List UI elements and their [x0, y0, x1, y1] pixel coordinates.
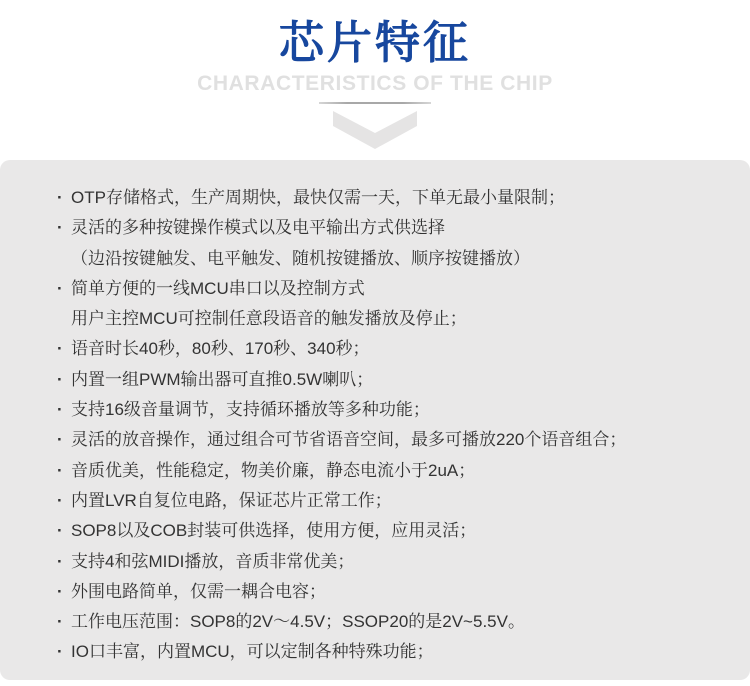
feature-list-item: 用户主控MCU可控制任意段语音的触发播放及停止； — [57, 310, 710, 328]
feature-list-item: · 语音时长40秒，80秒、170秒、340秒； — [57, 340, 710, 358]
bullet-icon: · — [57, 643, 71, 661]
feature-text: 灵活的放音操作，通过组合可节省语音空间，最多可播放220个语音组合； — [71, 431, 626, 449]
feature-text: SOP8以及COB封装可供选择，使用方便，应用灵活； — [71, 522, 476, 540]
feature-text: 内置一组PWM输出器可直推0.5W喇叭； — [71, 371, 373, 389]
bullet-icon: · — [57, 280, 71, 298]
bullet-icon: · — [57, 522, 71, 540]
feature-list-item: · 内置LVR自复位电路，保证芯片正常工作； — [57, 492, 710, 510]
feature-text: 外围电路简单，仅需一耦合电容； — [71, 583, 326, 601]
page-title: 芯片特征 — [0, 18, 750, 68]
feature-text: 支持4和弦MIDI播放，音质非常优美； — [71, 553, 354, 571]
bullet-icon: · — [57, 340, 71, 358]
bullet-icon: · — [57, 371, 71, 389]
feature-text: 内置LVR自复位电路，保证芯片正常工作； — [71, 492, 392, 510]
feature-text: 灵活的多种按键操作模式以及电平输出方式供选择 — [71, 219, 445, 237]
feature-text: 简单方便的一线MCU串口以及控制方式 — [71, 280, 365, 298]
feature-list-item: · 灵活的多种按键操作模式以及电平输出方式供选择 — [57, 219, 710, 237]
bullet-icon: · — [57, 401, 71, 419]
features-panel: · OTP存储格式，生产周期快，最快仅需一天，下单无最小量限制； · 灵活的多种… — [0, 160, 750, 680]
divider — [319, 102, 431, 104]
feature-list-item: · 支持4和弦MIDI播放，音质非常优美； — [57, 553, 710, 571]
header: 芯片特征 CHARACTERISTICS OF THE CHIP — [0, 0, 750, 149]
feature-list-item: · 音质优美，性能稳定，物美价廉，静态电流小于2uA； — [57, 462, 710, 480]
feature-list-item: · 内置一组PWM输出器可直推0.5W喇叭； — [57, 371, 710, 389]
feature-list-item: · 外围电路简单，仅需一耦合电容； — [57, 583, 710, 601]
feature-text: 语音时长40秒，80秒、170秒、340秒； — [71, 340, 370, 358]
feature-list-item: · OTP存储格式，生产周期快，最快仅需一天，下单无最小量限制； — [57, 189, 710, 207]
feature-text: 音质优美，性能稳定，物美价廉，静态电流小于2uA； — [71, 462, 475, 480]
bullet-icon: · — [57, 613, 71, 631]
feature-text: （边沿按键触发、电平触发、随机按键播放、顺序按键播放） — [71, 250, 530, 268]
bullet-icon: · — [57, 583, 71, 601]
chevron-down-icon — [0, 111, 750, 149]
bullet-icon: · — [57, 462, 71, 480]
feature-list: · OTP存储格式，生产周期快，最快仅需一天，下单无最小量限制； · 灵活的多种… — [57, 189, 710, 661]
bullet-icon: · — [57, 553, 71, 571]
feature-text: 工作电压范围：SOP8的2V～4.5V；SSOP20的是2V~5.5V。 — [71, 613, 525, 631]
feature-text: 支持16级音量调节，支持循环播放等多种功能； — [71, 401, 430, 419]
feature-text: IO口丰富，内置MCU，可以定制各种特殊功能； — [71, 643, 434, 661]
page-subtitle: CHARACTERISTICS OF THE CHIP — [0, 73, 750, 95]
feature-list-item: （边沿按键触发、电平触发、随机按键播放、顺序按键播放） — [57, 250, 710, 268]
feature-list-item: · 简单方便的一线MCU串口以及控制方式 — [57, 280, 710, 298]
feature-list-item: · 工作电压范围：SOP8的2V～4.5V；SSOP20的是2V~5.5V。 — [57, 613, 710, 631]
feature-list-item: · 支持16级音量调节，支持循环播放等多种功能； — [57, 401, 710, 419]
feature-text: OTP存储格式，生产周期快，最快仅需一天，下单无最小量限制； — [71, 189, 565, 207]
bullet-icon: · — [57, 492, 71, 510]
feature-list-item: · 灵活的放音操作，通过组合可节省语音空间，最多可播放220个语音组合； — [57, 431, 710, 449]
feature-text: 用户主控MCU可控制任意段语音的触发播放及停止； — [71, 310, 467, 328]
feature-list-item: · IO口丰富，内置MCU，可以定制各种特殊功能； — [57, 643, 710, 661]
feature-list-item: · SOP8以及COB封装可供选择，使用方便，应用灵活； — [57, 522, 710, 540]
bullet-icon: · — [57, 189, 71, 207]
bullet-icon: · — [57, 431, 71, 449]
bullet-icon: · — [57, 219, 71, 237]
